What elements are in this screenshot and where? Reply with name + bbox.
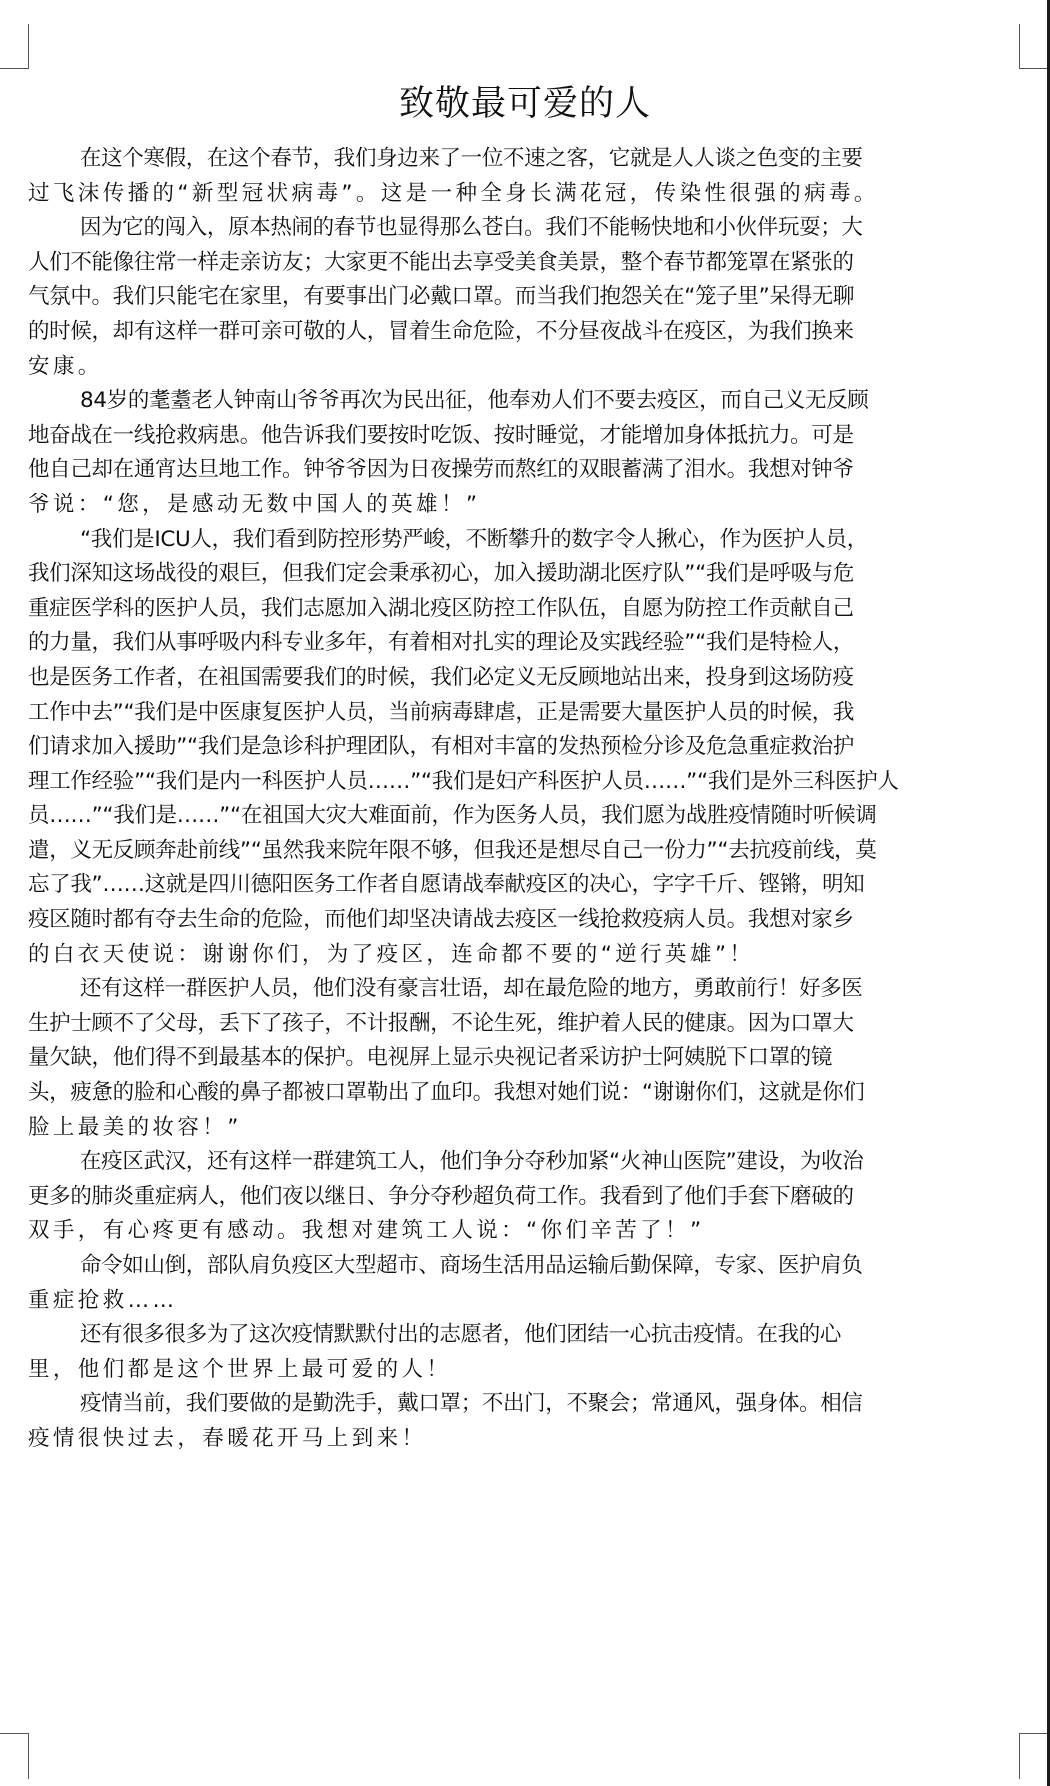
text-line: 气氛中。我们只能宅在家里，有要事出门必戴口罩。而当我们抱怨关在“笼子里”呆得无聊 — [28, 280, 1018, 315]
text-line: 更多的肺炎重症病人，他们夜以继日、争分夺秒超负荷工作。我看到了他们手套下磨破的 — [28, 1180, 1018, 1215]
text-line: 里，他们都是这个世界上最可爱的人！ — [28, 1353, 1018, 1388]
text-line: 地奋战在一线抢救病患。他告诉我们要按时吃饭、按时睡觉，才能增加身体抵抗力。可是 — [28, 419, 1018, 454]
text-line: 重症医学科的医护人员，我们志愿加入湖北疫区防控工作队伍，自愿为防控工作贡献自己 — [28, 592, 1018, 627]
text-line: 员……”“我们是……”“在祖国大灾大难面前，作为医务人员，我们愿为战胜疫情随时听… — [28, 799, 1018, 834]
text-line: 我们深知这场战役的艰巨，但我们定会秉承初心，加入援助湖北医疗队”“我们是呼吸与危 — [28, 557, 1018, 592]
text-line: 工作中去”“我们是中医康复医护人员，当前病毒肆虐，正是需要大量医护人员的时候，我 — [28, 696, 1018, 731]
text-line: 重症抢救…… — [28, 1284, 1018, 1319]
paragraph-first-line: 因为它的闯入，原本热闹的春节也显得那么苍白。我们不能畅快地和小伙伴玩耍；大 — [28, 211, 1018, 246]
text-line: 的力量，我们从事呼吸内科专业多年，有着相对扎实的理论及实践经验”“我们是特检人， — [28, 626, 1018, 661]
paragraph-first-line: 84岁的耄耋老人钟南山爷爷再次为民出征，他奉劝人们不要去疫区，而自己义无反顾 — [28, 384, 1018, 419]
text-line: 疫情很快过去，春暖花开马上到来！ — [28, 1422, 1018, 1457]
text-line: 忘了我”……这就是四川德阳医务工作者自愿请战奉献疫区的决心，字字千斤、铿锵，明知 — [28, 868, 1018, 903]
paragraph-first-line: 命令如山倒，部队肩负疫区大型超市、商场生活用品运输后勤保障，专家、医护肩负 — [28, 1249, 1018, 1284]
paragraph-first-line: 在疫区武汉，还有这样一群建筑工人，他们争分夺秒加紧“火神山医院”建设，为收治 — [28, 1145, 1018, 1180]
text-line: 理工作经验”“我们是内一科医护人员……”“我们是妇产科医护人员……”“我们是外三… — [28, 765, 1018, 800]
paragraph-first-line: 在这个寒假，在这个春节，我们身边来了一位不速之客，它就是人人谈之色变的主要 — [28, 142, 1018, 177]
text-line: 爷说：“您，是感动无数中国人的英雄！” — [28, 488, 1018, 523]
text-line: 过飞沫传播的“新型冠状病毒”。这是一种全身长满花冠，传染性很强的病毒。 — [28, 177, 1018, 212]
paragraph-first-line: 疫情当前，我们要做的是勤洗手，戴口罩；不出门，不聚会；常通风，强身体。相信 — [28, 1387, 1018, 1422]
text-line: 也是医务工作者，在祖国需要我们的时候，我们必定义无反顾地站出来，投身到这场防疫 — [28, 661, 1018, 696]
paragraph-first-line: 还有这样一群医护人员，他们没有豪言壮语，却在最危险的地方，勇敢前行！好多医 — [28, 972, 1018, 1007]
text-line: 生护士顾不了父母，丢下了孩子，不计报酬，不论生死，维护着人民的健康。因为口罩大 — [28, 1007, 1018, 1042]
text-line: 疫区随时都有夺去生命的危险，而他们却坚决请战去疫区一线抢救疫病人员。我想对家乡 — [28, 903, 1018, 938]
text-line: 量欠缺，他们得不到最基本的保护。电视屏上显示央视记者采访护士阿姨脱下口罩的镜 — [28, 1041, 1018, 1076]
text-line: 安康。 — [28, 350, 1018, 385]
text-line: 脸上最美的妆容！” — [28, 1111, 1018, 1146]
text-line: 们请求加入援助”“我们是急诊科护理团队，有相对丰富的发热预检分诊及危急重症救治护 — [28, 730, 1018, 765]
text-line: 遣，义无反顾奔赴前线”“虽然我来院年限不够，但我还是想尽自己一份力”“去抗疫前线… — [28, 834, 1018, 869]
document-title: 致敬最可爱的人 — [0, 80, 1050, 128]
text-line: 的时候，却有这样一群可亲可敬的人，冒着生命危险，不分昼夜战斗在疫区，为我们换来 — [28, 315, 1018, 350]
document-body: 在这个寒假，在这个春节，我们身边来了一位不速之客，它就是人人谈之色变的主要过飞沫… — [28, 142, 1018, 1457]
text-line: 他自己却在通宵达旦地工作。钟爷爷因为日夜操劳而熬红的双眼蓄满了泪水。我想对钟爷 — [28, 453, 1018, 488]
paragraph-first-line: “我们是ICU人，我们看到防控形势严峻，不断攀升的数字令人揪心，作为医护人员， — [28, 523, 1018, 558]
text-line: 的白衣天使说：谢谢你们，为了疫区，连命都不要的“逆行英雄”！ — [28, 938, 1018, 973]
text-line: 人们不能像往常一样走亲访友；大家更不能出去享受美食美景，整个春节都笼罩在紧张的 — [28, 246, 1018, 281]
document-page: 致敬最可爱的人 在这个寒假，在这个春节，我们身边来了一位不速之客，它就是人人谈之… — [0, 0, 1050, 1786]
text-line: 双手，有心疼更有感动。我想对建筑工人说：“你们辛苦了！” — [28, 1214, 1018, 1249]
paragraph-first-line: 还有很多很多为了这次疫情默默付出的志愿者，他们团结一心抗击疫情。在我的心 — [28, 1318, 1018, 1353]
text-line: 头，疲惫的脸和心酸的鼻子都被口罩勒出了血印。我想对她们说：“谢谢你们，这就是你们 — [28, 1076, 1018, 1111]
